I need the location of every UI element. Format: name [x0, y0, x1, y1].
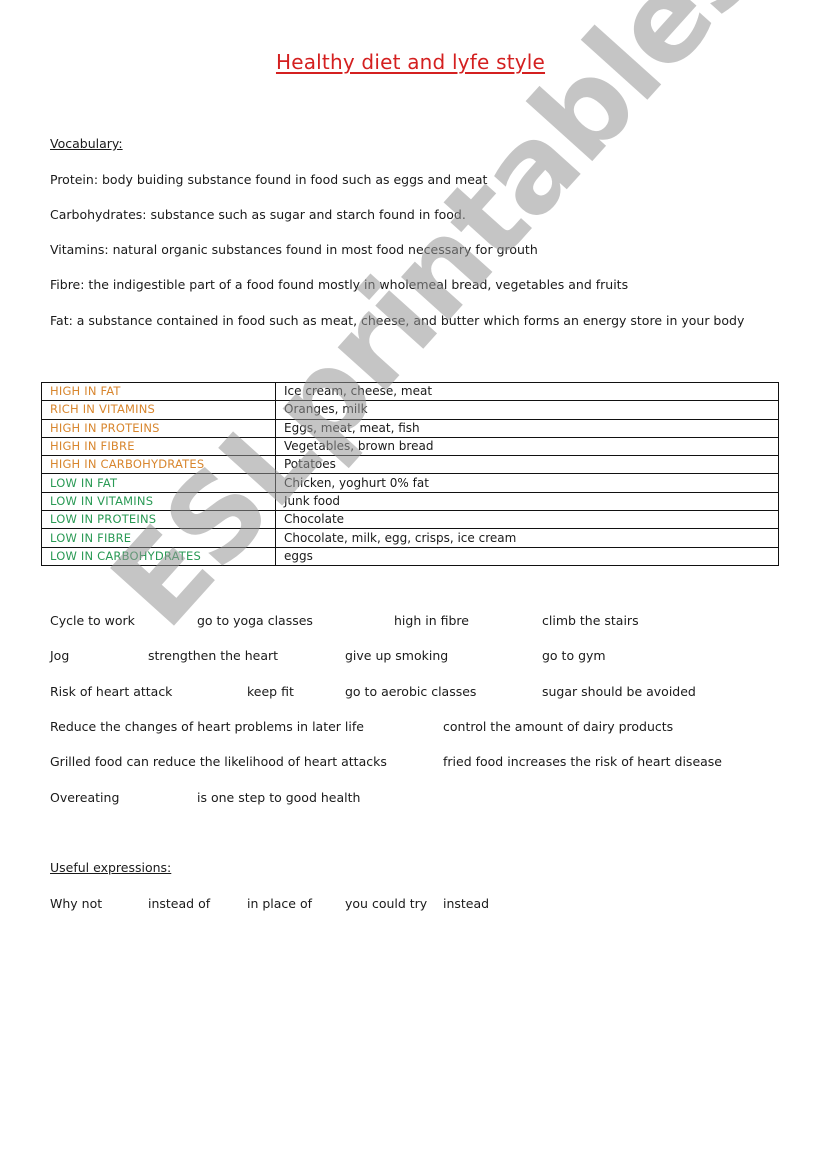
phrase: is one step to good health: [197, 790, 360, 805]
page-title: Healthy diet and lyfe style: [0, 50, 821, 74]
vocab-vitamins: Vitamins: natural organic substances fou…: [50, 242, 538, 257]
foods-cell: Eggs, meat, meat, fish: [276, 419, 779, 437]
category-cell: HIGH IN FIBRE: [42, 437, 276, 455]
phrase: Reduce the changes of heart problems in …: [50, 719, 364, 734]
category-cell: LOW IN VITAMINS: [42, 492, 276, 510]
foods-cell: Vegetables, brown bread: [276, 437, 779, 455]
table-row: HIGH IN CARBOHYDRATESPotatoes: [42, 456, 779, 474]
table-row: HIGH IN PROTEINSEggs, meat, meat, fish: [42, 419, 779, 437]
useful-expressions-heading: Useful expressions:: [50, 860, 171, 875]
phrase: go to yoga classes: [197, 613, 313, 628]
foods-cell: Junk food: [276, 492, 779, 510]
vocabulary-heading: Vocabulary:: [50, 136, 123, 151]
category-cell: RICH IN VITAMINS: [42, 401, 276, 419]
food-category-table: HIGH IN FATIce cream, cheese, meatRICH I…: [41, 382, 779, 566]
vocab-protein: Protein: body buiding substance found in…: [50, 172, 487, 187]
foods-cell: Chicken, yoghurt 0% fat: [276, 474, 779, 492]
table-row: RICH IN VITAMINSOranges, milk: [42, 401, 779, 419]
foods-cell: Potatoes: [276, 456, 779, 474]
phrase: strengthen the heart: [148, 648, 278, 663]
phrase: keep fit: [247, 684, 294, 699]
phrase: high in fibre: [394, 613, 469, 628]
category-cell: LOW IN FAT: [42, 474, 276, 492]
worksheet-page: Healthy diet and lyfe style Vocabulary: …: [0, 0, 821, 1169]
phrase: fried food increases the risk of heart d…: [443, 754, 722, 769]
foods-cell: Chocolate: [276, 511, 779, 529]
table-row: LOW IN VITAMINSJunk food: [42, 492, 779, 510]
phrase: control the amount of dairy products: [443, 719, 673, 734]
phrase: Risk of heart attack: [50, 684, 172, 699]
foods-cell: Oranges, milk: [276, 401, 779, 419]
phrase: climb the stairs: [542, 613, 639, 628]
expression: Why not: [50, 896, 102, 911]
vocab-carbohydrates: Carbohydrates: substance such as sugar a…: [50, 207, 466, 222]
expression: instead of: [148, 896, 210, 911]
category-cell: LOW IN FIBRE: [42, 529, 276, 547]
category-cell: LOW IN CARBOHYDRATES: [42, 547, 276, 565]
table-row: HIGH IN FIBREVegetables, brown bread: [42, 437, 779, 455]
table-row: LOW IN CARBOHYDRATESeggs: [42, 547, 779, 565]
vocab-fat: Fat: a substance contained in food such …: [50, 313, 744, 328]
phrase: Grilled food can reduce the likelihood o…: [50, 754, 387, 769]
phrase: Jog: [50, 648, 69, 663]
phrase: give up smoking: [345, 648, 448, 663]
table-row: LOW IN PROTEINSChocolate: [42, 511, 779, 529]
phrase: Overeating: [50, 790, 119, 805]
category-cell: LOW IN PROTEINS: [42, 511, 276, 529]
table-row: HIGH IN FATIce cream, cheese, meat: [42, 383, 779, 401]
category-cell: HIGH IN PROTEINS: [42, 419, 276, 437]
category-cell: HIGH IN CARBOHYDRATES: [42, 456, 276, 474]
vocab-fibre: Fibre: the indigestible part of a food f…: [50, 277, 628, 292]
phrase: go to aerobic classes: [345, 684, 476, 699]
foods-cell: eggs: [276, 547, 779, 565]
phrase: Cycle to work: [50, 613, 135, 628]
expression: in place of: [247, 896, 312, 911]
table-row: LOW IN FATChicken, yoghurt 0% fat: [42, 474, 779, 492]
expression: instead: [443, 896, 489, 911]
table-row: LOW IN FIBREChocolate, milk, egg, crisps…: [42, 529, 779, 547]
foods-cell: Ice cream, cheese, meat: [276, 383, 779, 401]
expression: you could try: [345, 896, 427, 911]
phrase: go to gym: [542, 648, 606, 663]
foods-cell: Chocolate, milk, egg, crisps, ice cream: [276, 529, 779, 547]
category-cell: HIGH IN FAT: [42, 383, 276, 401]
phrase: sugar should be avoided: [542, 684, 696, 699]
